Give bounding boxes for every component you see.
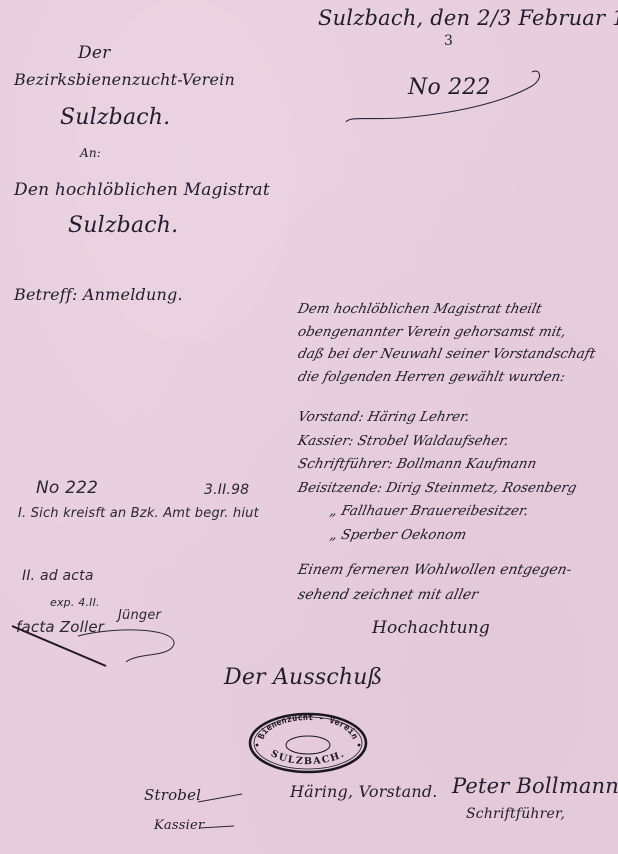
body-intro: Dem hochlöblichen Magistrat theilt obeng… — [298, 298, 595, 388]
margin-note-number: No 222 — [36, 478, 98, 498]
officer-row: „ Fallhauer Brauereibesitzer. — [296, 500, 579, 524]
officer-row: Kassier: Strobel Waldaufseher. — [296, 430, 579, 454]
subject-line: Betreff: Anmeldung. — [14, 285, 183, 304]
letter-page: Sulzbach, den 2/3 Februar 1898 3 No 222 … — [0, 0, 618, 854]
stamp-seal-icon: Bienenzucht - Verein SULZBACH. — [247, 712, 369, 774]
strobel-underline — [196, 792, 246, 804]
sender-der: Der — [78, 43, 110, 63]
officer-row: Beisitzende: Dirig Steinmetz, Rosenberg — [296, 477, 579, 501]
margin-note-initials: Jünger — [118, 608, 161, 623]
closing-line: Einem ferneren Wohlwollen entgegen- — [295, 558, 574, 583]
signature-bollmann: Peter Bollmann — [452, 774, 618, 798]
officers-list: Vorstand: Häring Lehrer. Kassier: Strobe… — [298, 406, 576, 547]
margin-note-ad-acta: II. ad acta — [22, 568, 94, 584]
address-to: An: — [80, 146, 101, 160]
body-line: Dem hochlöblichen Magistrat theilt — [296, 298, 598, 321]
body-line: die folgenden Herren gewählt wurden: — [296, 366, 598, 389]
recipient-city: Sulzbach. — [68, 213, 178, 238]
closing-hochachtung: Hochachtung — [372, 618, 490, 638]
sender-association: Bezirksbienenzucht-Verein — [14, 70, 235, 89]
closing-line: sehend zeichnet mit aller — [295, 583, 574, 608]
number-underline-swash — [340, 64, 550, 130]
margin-note-date: 3.II.98 — [204, 482, 249, 498]
committee-heading: Der Ausschuß — [224, 665, 383, 690]
signature-strobel-role: Kassier — [154, 818, 204, 833]
body-line: obengenannter Verein gehorsamst mit, — [296, 321, 598, 344]
recipient-line1: Den hochlöblichen Magistrat — [14, 180, 270, 200]
margin-note-exp: exp. 4.II. — [50, 596, 100, 609]
kassier-dash — [198, 822, 238, 832]
date-correction: 3 — [444, 33, 453, 49]
margin-note-flourish — [8, 622, 188, 672]
closing: Einem ferneren Wohlwollen entgegen- sehe… — [298, 558, 571, 608]
officer-row: Schriftführer: Bollmann Kaufmann — [296, 453, 579, 477]
svg-text:SULZBACH.: SULZBACH. — [269, 748, 347, 767]
place-date: Sulzbach, den 2/3 Februar 1898 — [318, 6, 618, 30]
signature-haring: Häring, Vorstand. — [290, 782, 438, 801]
svg-text:Bienenzucht - Verein: Bienenzucht - Verein — [257, 713, 360, 741]
officer-row: „ Sperber Oekonom — [296, 524, 579, 548]
association-stamp: Bienenzucht - Verein SULZBACH. — [247, 712, 369, 774]
officer-row: Vorstand: Häring Lehrer. — [296, 406, 579, 430]
margin-note-line2: I. Sich kreisft an Bzk. Amt begr. hiut — [18, 506, 259, 521]
signature-bollmann-role: Schriftführer, — [466, 806, 565, 822]
sender-city: Sulzbach. — [60, 105, 170, 130]
signature-strobel: Strobel — [144, 786, 201, 804]
body-line: daß bei der Neuwahl seiner Vorstandschaf… — [296, 343, 598, 366]
